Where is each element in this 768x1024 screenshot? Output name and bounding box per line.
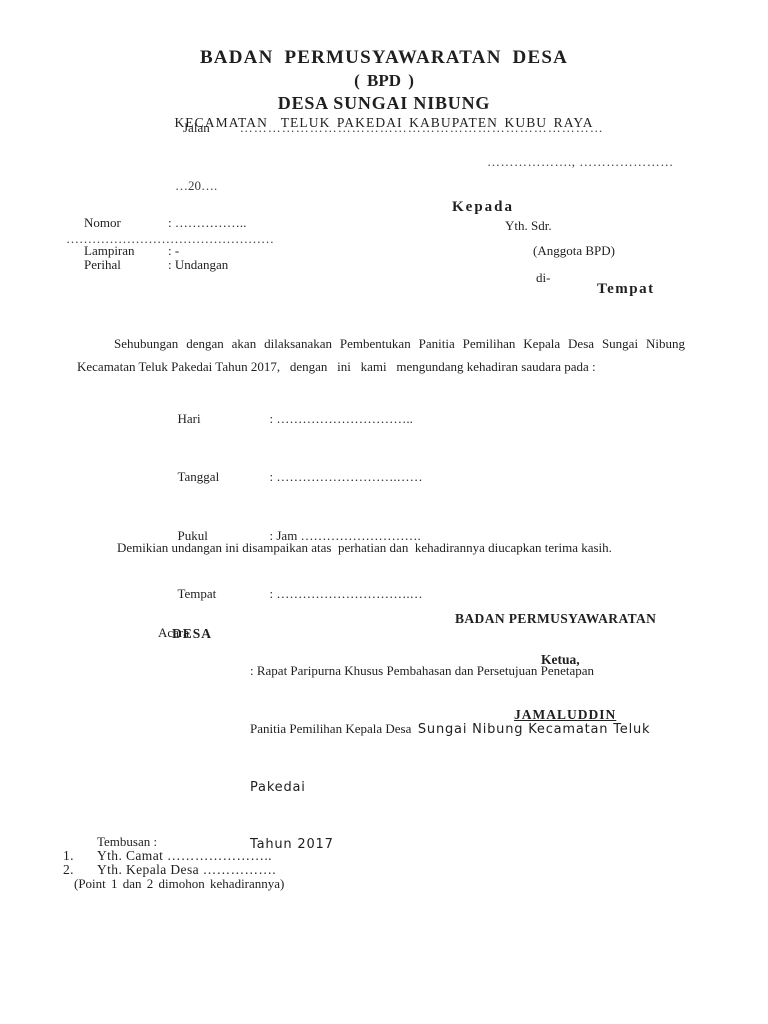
year-blank-line: …20…. (175, 178, 217, 194)
schedule-row-hari: Hari: ………………………….. (158, 389, 650, 448)
letterhead-village-name: DESA SUNGAI NIBUNG (0, 93, 768, 114)
opening-paragraph-line2: Kecamatan Teluk Pakedai Tahun 2017, deng… (77, 359, 596, 375)
signature-title: Ketua, (541, 652, 580, 668)
perihal-value: : Undangan (168, 257, 228, 272)
acara-line4: Tahun 2017 (250, 835, 650, 854)
recipient-tempat: Tempat (597, 281, 655, 298)
street-address-line: Jalan……………………………………………………………………………………………… (183, 120, 602, 136)
nomor-value: : …………….. (168, 215, 246, 230)
date-place-blank-line: ………………., ………………… (487, 154, 674, 170)
hari-value: : ………………………….. (270, 411, 413, 426)
tempat-value: : ………………………….… (270, 586, 423, 601)
tembusan-item-1-text: Yth. Camat ………………….. (97, 848, 272, 863)
letterhead-org-name: BADAN PERMUSYAWARATAN DESA (0, 47, 768, 69)
letterhead-abbreviation: ( BPD ) (0, 71, 768, 91)
tembusan-item-2-text: Yth. Kepala Desa ……………. (97, 862, 276, 877)
tanggal-label: Tanggal (178, 467, 270, 487)
acara-value: : Rapat Paripurna Khusus Pembahasan dan … (250, 623, 650, 893)
recipient-yth: Yth. Sdr. (505, 218, 552, 234)
tembusan-note: (Point 1 dan 2 dimohon kehadirannya) (74, 876, 284, 892)
acara-line2-serif: Panitia Pemilihan Kepala Desa (250, 721, 411, 736)
tempat-label: Tempat (178, 584, 270, 604)
tanggal-value: : ……………………….…… (270, 469, 423, 484)
perihal-row: Perihal: Undangan (84, 257, 228, 273)
perihal-label: Perihal (84, 257, 168, 273)
nomor-label: Nomor (84, 215, 168, 231)
signature-name: JAMALUDDIN (514, 707, 616, 723)
acara-line2-sans: Sungai Nibung Kecamatan Teluk (418, 722, 651, 737)
letter-page: BADAN PERMUSYAWARATAN DESA ( BPD ) DESA … (0, 0, 768, 1024)
opening-paragraph-line1: Sehubungan dengan akan dilaksanakan Pemb… (77, 336, 685, 352)
jalan-dotted-blank: …………………………………………………………………………………………………………… (240, 120, 602, 136)
recipient-anggota-bpd: (Anggota BPD) (533, 243, 615, 259)
signature-org-line1: BADAN PERMUSYAWARATAN (455, 611, 656, 627)
acara-line1: : Rapat Paripurna Khusus Pembahasan dan … (250, 661, 650, 680)
nomor-row: Nomor: …………….. (84, 215, 246, 231)
jalan-label: Jalan (183, 120, 210, 135)
acara-line3: Pakedai (250, 778, 650, 797)
kepada-heading: Kepada (452, 199, 514, 216)
schedule-row-tanggal: Tanggal: ……………………….…… (158, 448, 650, 507)
closing-paragraph: Demikian undangan ini disampaikan atas p… (77, 540, 612, 556)
recipient-di: di- (536, 270, 550, 286)
schedule-block: Hari: ………………………….. Tanggal: ……………………….……… (158, 389, 650, 893)
letterhead: BADAN PERMUSYAWARATAN DESA ( BPD ) DESA … (0, 47, 768, 131)
lampiran-value: : - (168, 243, 179, 258)
hari-label: Hari (178, 409, 270, 429)
signature-org-line2: DESA (172, 626, 212, 642)
